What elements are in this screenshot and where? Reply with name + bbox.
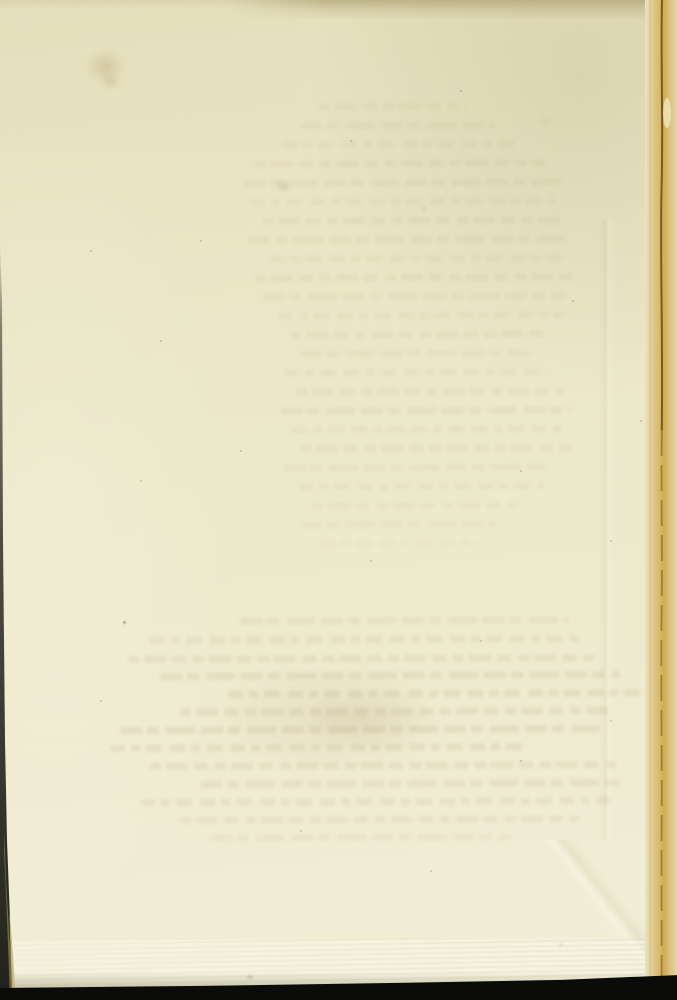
paper-speck bbox=[90, 250, 92, 252]
gutter-dark-edge bbox=[0, 238, 13, 1000]
fore-edge-dark-crease-upper bbox=[661, 0, 662, 430]
paper-speck bbox=[300, 830, 302, 832]
fore-edge-bump-highlight bbox=[663, 98, 671, 128]
paper-speck bbox=[370, 560, 372, 562]
paper-speck bbox=[520, 760, 522, 762]
paper-speck bbox=[100, 700, 102, 702]
paper-speck bbox=[520, 470, 522, 472]
paper-speck bbox=[430, 870, 432, 872]
binding-gutter-left bbox=[0, 0, 20, 1000]
paper-speck bbox=[160, 340, 162, 342]
paper-speck bbox=[140, 480, 142, 482]
fore-edge-right bbox=[645, 0, 677, 1000]
paper-speck bbox=[240, 450, 242, 452]
paper-speck bbox=[460, 90, 462, 92]
paper-speck bbox=[572, 300, 574, 302]
paper-speck bbox=[200, 240, 202, 242]
paper-speck bbox=[480, 640, 482, 642]
page-vertical-crease bbox=[598, 220, 616, 840]
paper-speck bbox=[640, 420, 642, 422]
paper-speck bbox=[350, 140, 352, 142]
book-scan bbox=[0, 0, 677, 1000]
